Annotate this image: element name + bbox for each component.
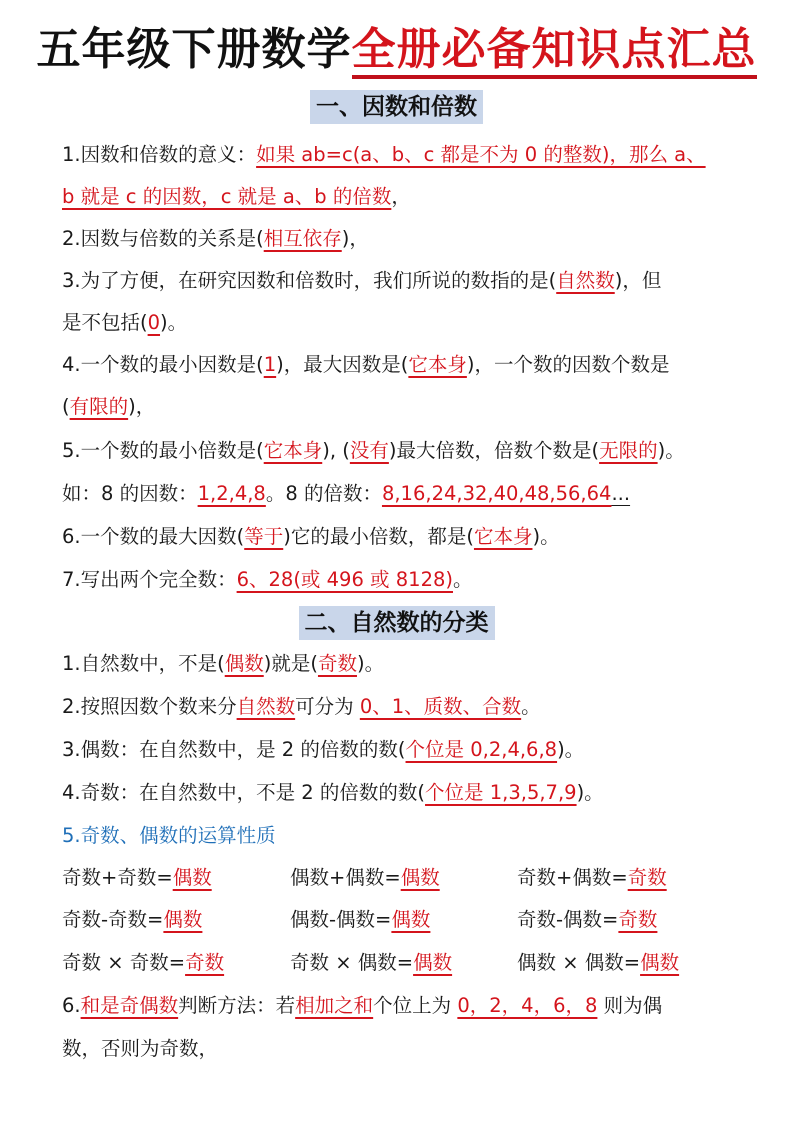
title-highlight: 全册必备知识点汇总 xyxy=(352,24,757,79)
rule-odd-times-even: 奇数 × 偶数=偶数 xyxy=(290,949,452,977)
section-heading-natural-numbers: 二、自然数的分类 xyxy=(0,606,793,640)
s2-item6-line2: 数，否则为奇数， xyxy=(62,1035,741,1063)
s1-item1-line1: 1.因数和倍数的意义：如果 ab=c(a、b、c 都是不为 0 的整数)，那么 … xyxy=(62,141,741,169)
rule-odd-times-odd: 奇数 × 奇数=奇数 xyxy=(62,949,224,977)
s2-subheading-parity-rules: 5.奇数、偶数的运算性质 xyxy=(62,822,741,850)
rule-odd-plus-even: 奇数+偶数=奇数 xyxy=(517,864,667,892)
parity-rules-grid: 奇数+奇数=偶数 偶数+偶数=偶数 奇数+偶数=奇数 奇数-奇数=偶数 偶数-偶… xyxy=(62,864,742,994)
s1-item5: 5.一个数的最小倍数是(它本身), (没有)最大倍数，倍数个数是(无限的)。 xyxy=(62,437,741,465)
rule-even-plus-even: 偶数+偶数=偶数 xyxy=(290,864,440,892)
rule-odd-minus-odd: 奇数-奇数=偶数 xyxy=(62,906,202,934)
rule-odd-minus-even: 奇数-偶数=奇数 xyxy=(517,906,657,934)
s2-item1: 1.自然数中，不是(偶数)就是(奇数)。 xyxy=(62,650,741,678)
rule-even-minus-even: 偶数-偶数=偶数 xyxy=(290,906,430,934)
s1-item4-line1: 4.一个数的最小因数是(1)，最大因数是(它本身)，一个数的因数个数是 xyxy=(62,351,741,379)
s1-item4-line2: (有限的)， xyxy=(62,393,741,421)
s1-item1-line2: b 就是 c 的因数，c 就是 a、b 的倍数， xyxy=(62,183,741,211)
s2-item4: 4.奇数：在自然数中，不是 2 的倍数的数(个位是 1,3,5,7,9)。 xyxy=(62,779,741,807)
s2-item6-line1: 6.和是奇偶数判断方法：若相加之和个位上为 0，2，4，6，8 则为偶 xyxy=(62,992,741,1020)
s1-item5-example: 如：8 的因数：1,2,4,8。8 的倍数：8,16,24,32,40,48,5… xyxy=(62,480,741,508)
s1-item3-line2: 是不包括(0)。 xyxy=(62,309,741,337)
page-title: 五年级下册数学全册必备知识点汇总 xyxy=(0,22,793,78)
s1-item2: 2.因数与倍数的关系是(相互依存)， xyxy=(62,225,741,253)
rule-odd-plus-odd: 奇数+奇数=偶数 xyxy=(62,864,212,892)
s1-item7: 7.写出两个完全数：6、28(或 496 或 8128)。 xyxy=(62,566,741,594)
s2-item2: 2.按照因数个数来分自然数可分为 0、1、质数、合数。 xyxy=(62,693,741,721)
s1-item3-line1: 3.为了方便，在研究因数和倍数时，我们所说的数指的是(自然数)，但 xyxy=(62,267,741,295)
s1-item6: 6.一个数的最大因数(等于)它的最小倍数，都是(它本身)。 xyxy=(62,523,741,551)
section-heading-factors-multiples: 一、因数和倍数 xyxy=(0,90,793,124)
title-main: 五年级下册数学 xyxy=(37,24,352,75)
rule-even-times-even: 偶数 × 偶数=偶数 xyxy=(517,949,679,977)
s2-item3: 3.偶数：在自然数中，是 2 的倍数的数(个位是 0,2,4,6,8)。 xyxy=(62,736,741,764)
